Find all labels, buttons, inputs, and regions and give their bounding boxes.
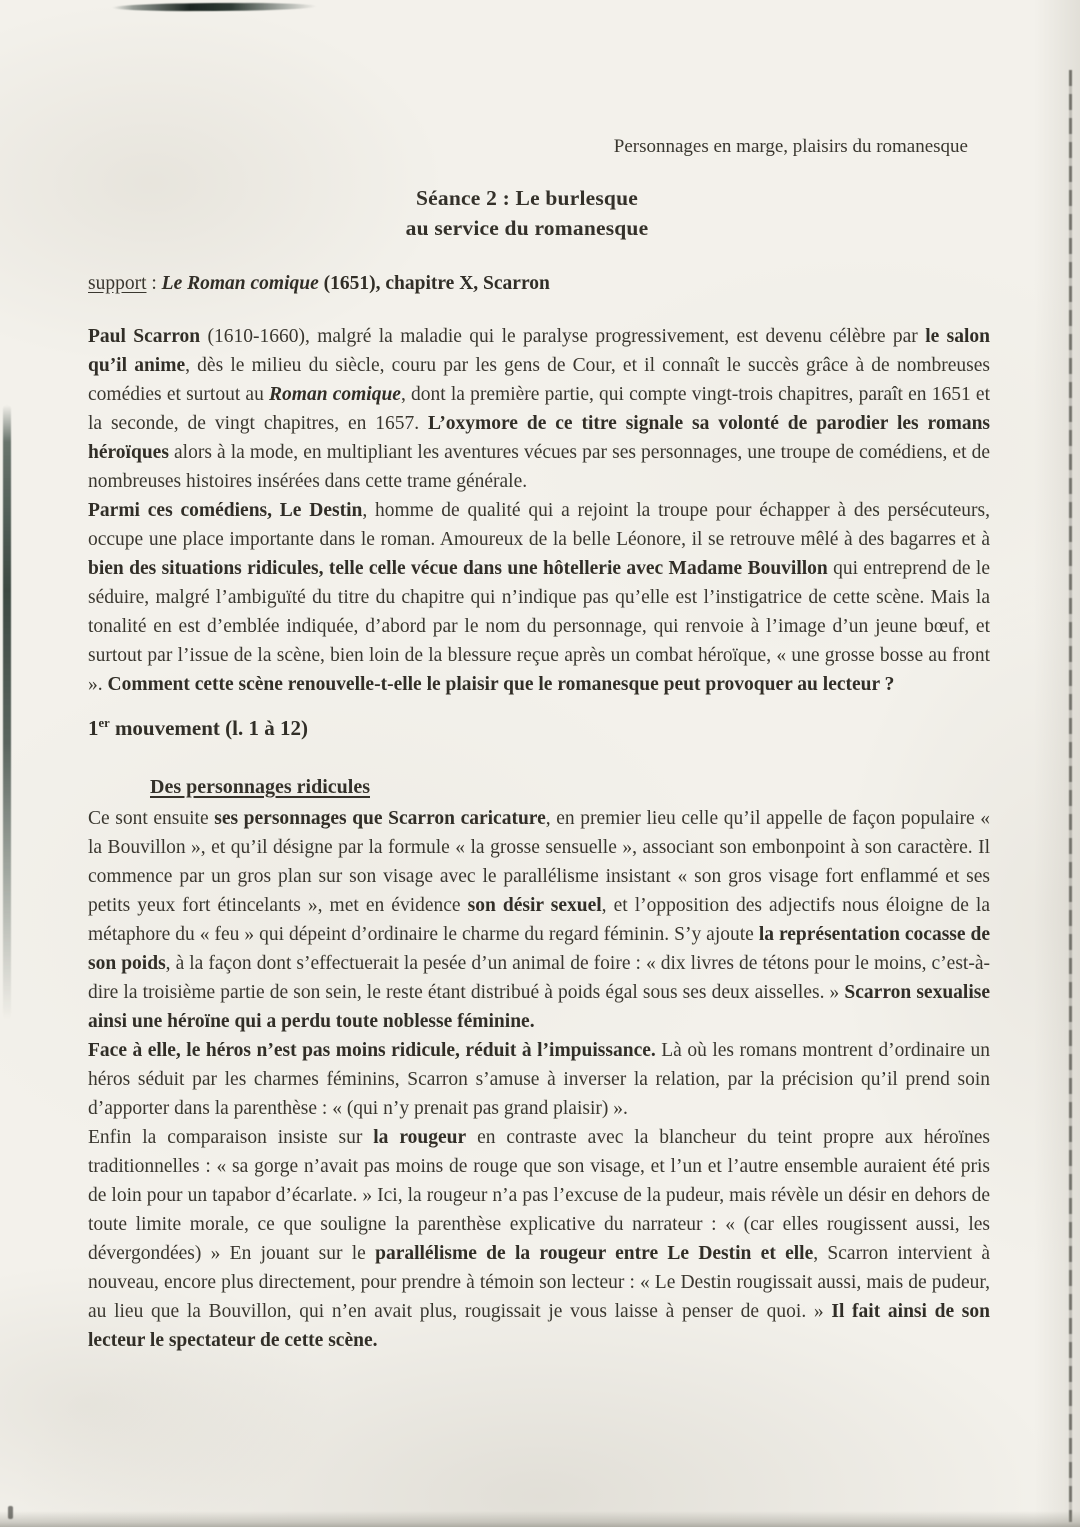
section-heading: Des personnages ridicules — [150, 773, 990, 802]
paragraph-intro-scarron: Paul Scarron (1610-1660), malgré la mala… — [88, 322, 990, 496]
paragraph-heros-ridicule: Face à elle, le héros n’est pas moins ri… — [88, 1036, 990, 1123]
scan-artifact-top-smudge — [112, 2, 317, 11]
paragraph-le-destin: Parmi ces comédiens, Le Destin, homme de… — [88, 496, 990, 699]
document-content: Personnages en marge, plaisirs du romane… — [88, 132, 990, 1355]
title-line-2: au service du romanesque — [88, 213, 966, 243]
scanned-document-page: Personnages en marge, plaisirs du romane… — [0, 0, 1080, 1527]
title-line-1: Séance 2 : Le burlesque — [88, 183, 966, 213]
scan-artifact-bottom-band — [0, 1511, 1080, 1527]
running-header: Personnages en marge, plaisirs du romane… — [88, 132, 990, 161]
paragraph-personnages-caricature: Ce sont ensuite ses personnages que Scar… — [88, 804, 990, 1036]
document-title: Séance 2 : Le burlesque au service du ro… — [88, 183, 966, 243]
scan-artifact-left-edge — [3, 405, 11, 1020]
support-line: support : Le Roman comique (1651), chapi… — [88, 269, 990, 298]
paragraph-rougeur: Enfin la comparaison insiste sur la roug… — [88, 1123, 990, 1355]
scan-artifact-bottom-left-mark — [8, 1506, 13, 1519]
scan-artifact-right-shadow — [1034, 0, 1080, 1527]
movement-heading: 1er mouvement (l. 1 à 12) — [88, 713, 990, 743]
